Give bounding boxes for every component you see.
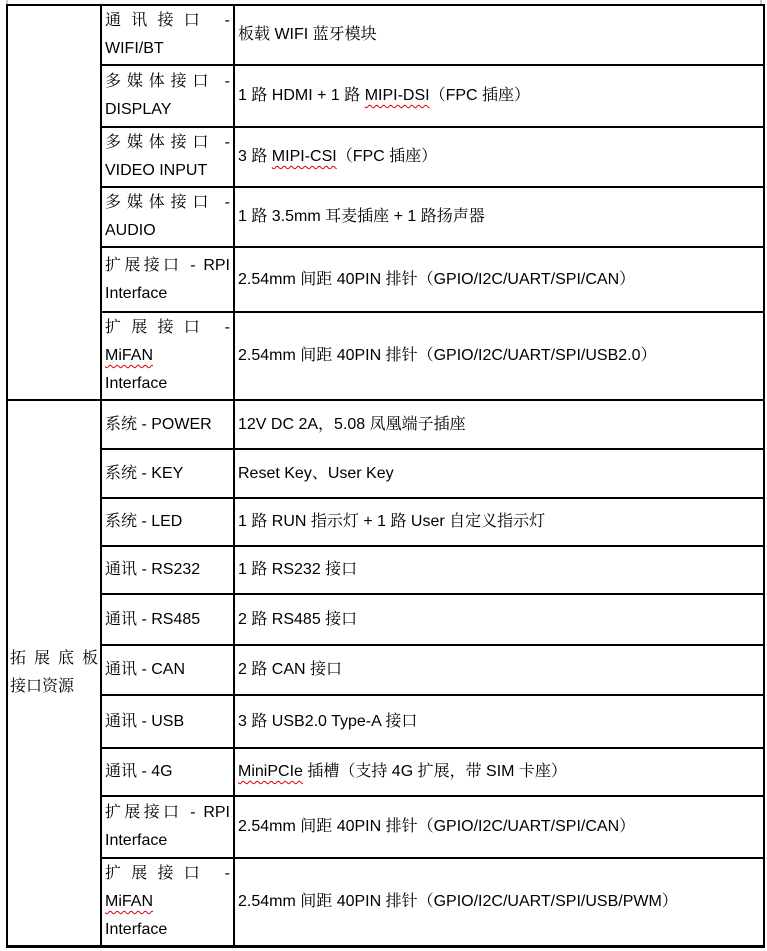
spec-cell: 板载 WIFI 蓝牙模块 xyxy=(234,5,764,65)
interface-label: WIFI/BT xyxy=(105,35,230,63)
spec-cell: 1 路 3.5mm 耳麦插座 + 1 路扬声器 xyxy=(234,187,764,247)
table-row: 拓展底板 接口资源 系统 - POWER 12V DC 2A，5.08 凤凰端子… xyxy=(7,400,764,449)
interface-label: 多媒体接口 - xyxy=(105,68,230,96)
interface-label: 系统 - KEY xyxy=(105,460,230,488)
spec-cell: Reset Key、User Key xyxy=(234,449,764,498)
interface-label: 系统 - POWER xyxy=(105,411,230,439)
spec-text: 插槽（支持 4G 扩展，带 SIM 卡座） xyxy=(303,763,567,780)
spellcheck-word: MiFAN xyxy=(105,342,230,370)
interface-cell: 多媒体接口 - AUDIO xyxy=(101,187,234,247)
interface-cell: 系统 - LED xyxy=(101,498,234,546)
table-row: 多媒体接口 - DISPLAY 1 路 HDMI + 1 路 MIPI-DSI（… xyxy=(7,65,764,127)
spec-text: 2.54mm 间距 40PIN 排针（GPIO/I2C/UART/SPI/CAN… xyxy=(238,271,635,288)
spec-text: 2.54mm 间距 40PIN 排针（GPIO/I2C/UART/SPI/USB… xyxy=(238,893,678,910)
interface-cell: 系统 - KEY xyxy=(101,449,234,498)
spec-text: 1 路 HDMI + 1 路 xyxy=(238,87,365,104)
interface-cell: 多媒体接口 - VIDEO INPUT xyxy=(101,127,234,187)
spec-text: 2 路 CAN 接口 xyxy=(238,661,342,678)
spec-cell: 2 路 RS485 接口 xyxy=(234,594,764,645)
interface-label: 多媒体接口 - xyxy=(105,129,230,157)
spec-text: 1 路 RUN 指示灯 + 1 路 User 自定义指示灯 xyxy=(238,513,545,530)
table-row: 扩展接口 - MiFAN Interface 2.54mm 间距 40PIN 排… xyxy=(7,858,764,947)
spec-cell: 2.54mm 间距 40PIN 排针（GPIO/I2C/UART/SPI/USB… xyxy=(234,858,764,947)
interface-cell: 通讯接口 - WIFI/BT xyxy=(101,5,234,65)
interface-label: 通讯 - USB xyxy=(105,708,230,736)
category-label: 拓展底板 xyxy=(10,645,98,673)
interface-label: 通讯 - 4G xyxy=(105,758,230,786)
spec-cell: 2 路 CAN 接口 xyxy=(234,645,764,695)
interface-label: 扩展接口 - RPI xyxy=(105,252,230,280)
table-row: 通讯 - RS485 2 路 RS485 接口 xyxy=(7,594,764,645)
category-cell: 拓展底板 接口资源 xyxy=(7,400,101,947)
interface-cell: 通讯 - RS232 xyxy=(101,546,234,594)
spellcheck-word: MIPI-DSI xyxy=(365,87,430,104)
spec-table: 通讯接口 - WIFI/BT 板载 WIFI 蓝牙模块 多媒体接口 - DISP… xyxy=(6,4,765,948)
table-row: 通讯 - RS232 1 路 RS232 接口 xyxy=(7,546,764,594)
interface-cell: 扩展接口 - RPI Interface xyxy=(101,796,234,858)
interface-label: VIDEO INPUT xyxy=(105,157,230,185)
interface-label: DISPLAY xyxy=(105,96,230,124)
interface-cell: 通讯 - RS485 xyxy=(101,594,234,645)
spec-text: 12V DC 2A，5.08 凤凰端子插座 xyxy=(238,416,466,433)
interface-cell: 扩展接口 - MiFAN Interface xyxy=(101,312,234,400)
spec-cell: MiniPCIe 插槽（支持 4G 扩展，带 SIM 卡座） xyxy=(234,748,764,796)
interface-label: 扩展接口 - xyxy=(105,860,230,888)
interface-cell: 扩展接口 - RPI Interface xyxy=(101,247,234,312)
spec-cell: 1 路 RUN 指示灯 + 1 路 User 自定义指示灯 xyxy=(234,498,764,546)
interface-label: Interface xyxy=(105,280,230,308)
spec-cell: 1 路 HDMI + 1 路 MIPI-DSI（FPC 插座） xyxy=(234,65,764,127)
spec-text: 3 路 USB2.0 Type-A 接口 xyxy=(238,713,417,730)
interface-label: AUDIO xyxy=(105,217,230,245)
spec-text: 1 路 RS232 接口 xyxy=(238,561,357,578)
interface-label: 通讯 - CAN xyxy=(105,656,230,684)
spec-text: 2 路 RS485 接口 xyxy=(238,611,357,628)
spec-text: （FPC 插座） xyxy=(430,87,530,104)
table-row: 通讯接口 - WIFI/BT 板载 WIFI 蓝牙模块 xyxy=(7,5,764,65)
spec-text: 1 路 3.5mm 耳麦插座 + 1 路扬声器 xyxy=(238,208,485,225)
table-row: 扩展接口 - RPI Interface 2.54mm 间距 40PIN 排针（… xyxy=(7,247,764,312)
spec-text: Reset Key、User Key xyxy=(238,465,394,482)
interface-label: 多媒体接口 - xyxy=(105,189,230,217)
table-row: 系统 - KEY Reset Key、User Key xyxy=(7,449,764,498)
interface-cell: 通讯 - USB xyxy=(101,695,234,748)
interface-label: 系统 - LED xyxy=(105,508,230,536)
spellcheck-word: MiniPCIe xyxy=(238,763,303,780)
interface-label: 通讯接口 - xyxy=(105,7,230,35)
spec-cell: 3 路 MIPI-CSI（FPC 插座） xyxy=(234,127,764,187)
spec-text: 2.54mm 间距 40PIN 排针（GPIO/I2C/UART/SPI/USB… xyxy=(238,347,657,364)
table-row: 多媒体接口 - VIDEO INPUT 3 路 MIPI-CSI（FPC 插座） xyxy=(7,127,764,187)
interface-cell: 系统 - POWER xyxy=(101,400,234,449)
interface-label: 扩展接口 - RPI xyxy=(105,799,230,827)
interface-label: 通讯 - RS485 xyxy=(105,606,230,634)
table-row: 通讯 - CAN 2 路 CAN 接口 xyxy=(7,645,764,695)
interface-label: Interface xyxy=(105,827,230,855)
spec-text: 2.54mm 间距 40PIN 排针（GPIO/I2C/UART/SPI/CAN… xyxy=(238,818,635,835)
interface-cell: 通讯 - 4G xyxy=(101,748,234,796)
table-row: 通讯 - USB 3 路 USB2.0 Type-A 接口 xyxy=(7,695,764,748)
interface-label: Interface xyxy=(105,370,230,398)
category-label: 接口资源 xyxy=(10,673,98,701)
table-row: 通讯 - 4G MiniPCIe 插槽（支持 4G 扩展，带 SIM 卡座） xyxy=(7,748,764,796)
category-cell-empty xyxy=(7,5,101,400)
interface-cell: 多媒体接口 - DISPLAY xyxy=(101,65,234,127)
spellcheck-word: MiFAN xyxy=(105,888,230,916)
spec-cell: 3 路 USB2.0 Type-A 接口 xyxy=(234,695,764,748)
spec-cell: 2.54mm 间距 40PIN 排针（GPIO/I2C/UART/SPI/CAN… xyxy=(234,796,764,858)
spec-cell: 2.54mm 间距 40PIN 排针（GPIO/I2C/UART/SPI/USB… xyxy=(234,312,764,400)
document-page: 通讯接口 - WIFI/BT 板载 WIFI 蓝牙模块 多媒体接口 - DISP… xyxy=(0,0,767,951)
interface-label: 通讯 - RS232 xyxy=(105,556,230,584)
interface-label: Interface xyxy=(105,916,230,944)
interface-label: 扩展接口 - xyxy=(105,314,230,342)
spellcheck-word: MIPI-CSI xyxy=(272,148,337,165)
table-row: 扩展接口 - RPI Interface 2.54mm 间距 40PIN 排针（… xyxy=(7,796,764,858)
spec-cell: 2.54mm 间距 40PIN 排针（GPIO/I2C/UART/SPI/CAN… xyxy=(234,247,764,312)
table-row: 多媒体接口 - AUDIO 1 路 3.5mm 耳麦插座 + 1 路扬声器 xyxy=(7,187,764,247)
spec-text: 板载 WIFI 蓝牙模块 xyxy=(238,26,377,43)
spec-cell: 1 路 RS232 接口 xyxy=(234,546,764,594)
spec-text: 3 路 xyxy=(238,148,272,165)
spec-cell: 12V DC 2A，5.08 凤凰端子插座 xyxy=(234,400,764,449)
interface-cell: 扩展接口 - MiFAN Interface xyxy=(101,858,234,947)
interface-cell: 通讯 - CAN xyxy=(101,645,234,695)
table-row: 扩展接口 - MiFAN Interface 2.54mm 间距 40PIN 排… xyxy=(7,312,764,400)
spec-text: （FPC 插座） xyxy=(337,148,437,165)
table-row: 系统 - LED 1 路 RUN 指示灯 + 1 路 User 自定义指示灯 xyxy=(7,498,764,546)
